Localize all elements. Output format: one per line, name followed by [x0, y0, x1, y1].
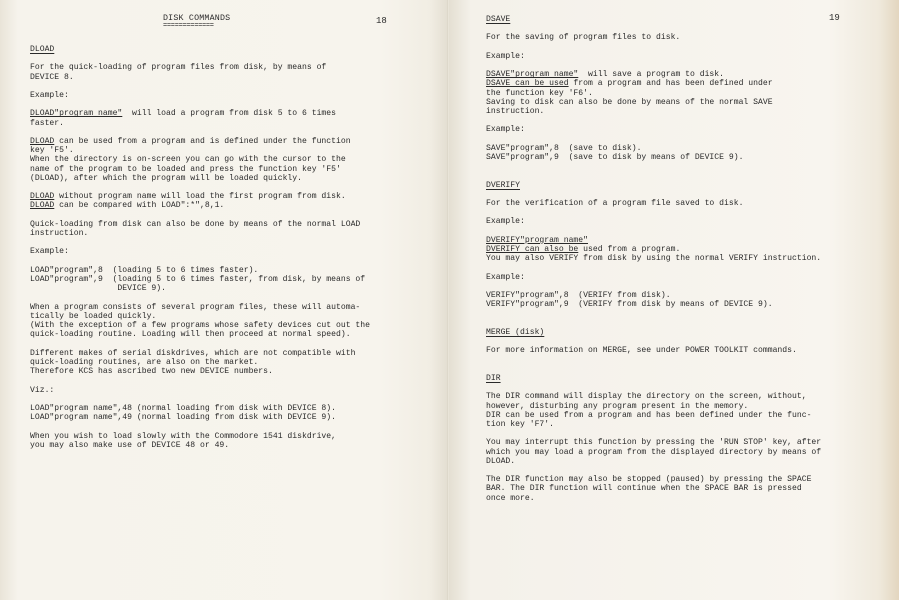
dsave-example-2-lines: SAVE"program",8 (save to disk). SAVE"pro…	[486, 144, 821, 162]
left-page: DISK COMMANDS ============= 18 DLOAD For…	[0, 0, 449, 600]
dload-example-2-lines: LOAD"program",8 (loading 5 to 6 times fa…	[30, 266, 370, 294]
section-header: DISK COMMANDS =============	[163, 14, 230, 29]
dverify-example-label: Example:	[486, 217, 821, 226]
dload-keyword: DLOAD	[30, 192, 54, 201]
dsave-example: DSAVE"program name" will save a program …	[486, 70, 821, 116]
dsave-example-text: will save a program to disk.	[578, 70, 724, 79]
page-number-right: 19	[829, 13, 840, 23]
dload-example: DLOAD"program name" will load a program …	[30, 109, 370, 127]
dload-viz-label: Viz.:	[30, 386, 370, 395]
dload-para-3: Quick-loading from disk can also be done…	[30, 220, 370, 238]
dverify-heading: DVERIFY	[486, 181, 821, 190]
dsave-heading: DSAVE	[486, 15, 821, 24]
merge-heading: MERGE (disk)	[486, 328, 821, 337]
dload-heading: DLOAD	[30, 45, 370, 54]
right-page-content: DSAVE For the saving of program files to…	[486, 15, 821, 503]
dsave-intro: For the saving of program files to disk.	[486, 33, 821, 42]
dload-example-cmd: DLOAD"program name"	[30, 109, 122, 118]
dir-para-3: The DIR function may also be stopped (pa…	[486, 475, 821, 503]
dload-para-2-text-1: without program name will load the first…	[54, 192, 345, 201]
dload-para-6: When you wish to load slowly with the Co…	[30, 432, 370, 450]
dload-keyword: DLOAD	[30, 137, 54, 146]
dsave-example-2-label: Example:	[486, 125, 821, 134]
dload-example-label: Example:	[30, 91, 370, 100]
dload-para-1: DLOAD can be used from a program and is …	[30, 137, 370, 183]
dload-keyword: DLOAD	[30, 201, 54, 210]
merge-text: For more information on MERGE, see under…	[486, 346, 821, 355]
dsave-example-label: Example:	[486, 52, 821, 61]
dload-section: DLOAD For the quick-loading of program f…	[30, 45, 370, 450]
dir-para-2: You may interrupt this function by press…	[486, 438, 821, 466]
dir-heading: DIR	[486, 374, 821, 383]
dload-para-4: When a program consists of several progr…	[30, 303, 370, 340]
dir-para-1: The DIR command will display the directo…	[486, 392, 821, 429]
dverify-example: DVERIFY"program name" DVERIFY can also b…	[486, 236, 821, 264]
page-number-left: 18	[376, 16, 387, 26]
dverify-example-2-label: Example:	[486, 273, 821, 282]
book-spread: DISK COMMANDS ============= 18 DLOAD For…	[0, 0, 899, 600]
dsave-example-cmd: DSAVE"program name"	[486, 70, 578, 79]
dverify-intro: For the verification of a program file s…	[486, 199, 821, 208]
dverify-example-2-lines: VERIFY"program",8 (VERIFY from disk). VE…	[486, 291, 821, 309]
dsave-keyword: DSAVE can be used	[486, 79, 569, 88]
dload-para-2: DLOAD without program name will load the…	[30, 192, 370, 210]
dverify-example-cmd: DVERIFY"program name"	[486, 236, 588, 245]
dload-viz-lines: LOAD"program name",48 (normal loading fr…	[30, 404, 370, 422]
dload-para-1-text: can be used from a program and is define…	[30, 137, 351, 183]
dload-intro: For the quick-loading of program files f…	[30, 63, 370, 81]
dload-para-5: Different makes of serial diskdrives, wh…	[30, 349, 370, 377]
dverify-keyword: DVERIFY can also be	[486, 245, 578, 254]
right-page: 19 DSAVE For the saving of program files…	[449, 0, 899, 600]
dload-para-2-text-2: can be compared with LOAD":*",8,1.	[54, 201, 224, 210]
dload-example-2-label: Example:	[30, 247, 370, 256]
section-title-rule: =============	[163, 23, 230, 29]
